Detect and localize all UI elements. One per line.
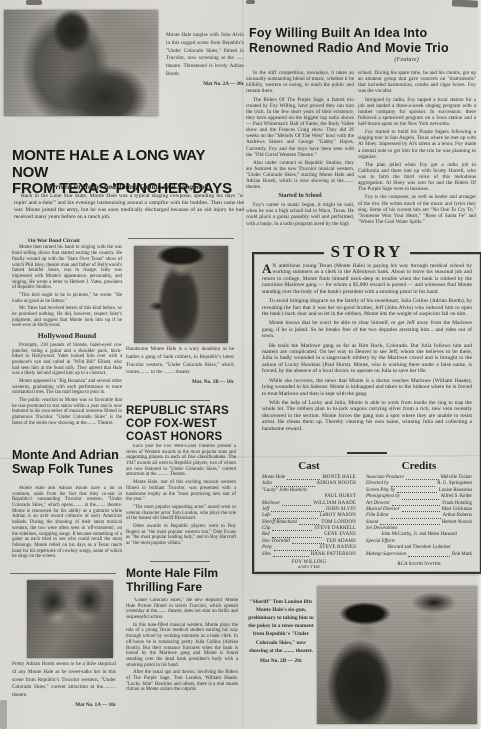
paragraph: Also under contract to Republic Studios,… bbox=[246, 160, 354, 191]
paragraph: Monte appeared in "Big Bonanza" and seve… bbox=[12, 379, 122, 396]
divider-rule bbox=[150, 400, 210, 401]
paragraph: The plan jelled when Foy got a radio job… bbox=[358, 162, 476, 193]
sound-system: RCA Sound System bbox=[366, 561, 472, 568]
story-divider bbox=[347, 452, 387, 454]
photo-sheriff-scene bbox=[317, 586, 477, 724]
paragraph: school. During his spare time, he and hi… bbox=[358, 70, 476, 95]
republic-title-line1: REPUBLIC STARS bbox=[126, 405, 240, 418]
thrilling-title-line2: Thrilling Fare bbox=[126, 581, 240, 595]
mat-number: Mat. No. 1B — 10c bbox=[126, 379, 234, 387]
republic-title-line3: COAST HONORS bbox=[126, 431, 240, 444]
swap-title-line1: Monte And Adrian bbox=[12, 448, 128, 462]
cast-footer: FOY WILLING AND THE RIDERS OF THE PURPLE… bbox=[262, 560, 356, 568]
scan-smudge bbox=[452, 0, 478, 8]
paragraph: "The most popular supporting actor" awar… bbox=[126, 505, 236, 522]
scan-smudge bbox=[26, 0, 42, 5]
paragraph: Foy is the composer, as well as leader a… bbox=[358, 194, 476, 225]
scan-smudge bbox=[0, 700, 7, 729]
photo-sheriff-caption: "Sheriff" Tom London lifts Monte Hale's … bbox=[246, 598, 316, 720]
paragraph: N ambitious young Texan (Monte Hale) is … bbox=[262, 263, 472, 295]
paragraph: The Riders Of The Purple Sage, a famed t… bbox=[246, 97, 354, 158]
paragraph: After the usual ups and downs, involving… bbox=[126, 670, 238, 693]
mat-number: Mat No. 2A — 30c bbox=[166, 81, 244, 89]
credits-footer: RCA Sound System A REPUBLIC PRODUCTION R… bbox=[366, 561, 472, 568]
thrilling-fare-headline: Monte Hale Film Thrilling Fare bbox=[126, 567, 240, 595]
swap-title-line2: Swap Folk Tunes bbox=[12, 462, 128, 476]
paragraph: "Under Colorado Skies," the new Republic… bbox=[126, 598, 238, 621]
subhead-hollywood-bound: Hollywood Bound bbox=[12, 332, 122, 341]
foy-article-column-2: school. During his spare time, he and hi… bbox=[358, 70, 476, 246]
photo-gun-caption: Handsome Monte Hale is a wary deadshot a… bbox=[126, 346, 234, 398]
paragraph: Foy started to build his Purple Sagers f… bbox=[358, 129, 476, 160]
photo-monte-hale-gun bbox=[134, 246, 228, 343]
thrilling-title-line1: Monte Hale Film bbox=[126, 567, 240, 581]
paragraph: In the stiff competition, nowadays, it t… bbox=[246, 70, 354, 95]
paragraph: Mr. Yates had received letters of this k… bbox=[12, 306, 122, 329]
swap-folk-tunes-headline: Monte And Adrian Swap Folk Tunes bbox=[12, 448, 128, 477]
foy-title-line2: Renowned Radio And Movie Trio bbox=[249, 41, 477, 56]
paragraph: Monte knows that he won't be able to cle… bbox=[262, 320, 472, 339]
main-subtitle: Arrived In Hollywood Toting Guitar And S… bbox=[12, 182, 244, 191]
paragraph: Monte then turned his hand to singing wi… bbox=[12, 245, 122, 291]
foy-title-line1: Foy Willing Built An Idea Into bbox=[249, 26, 477, 41]
main-headline-line1: MONTE HALE A LONG WAY NOW bbox=[12, 148, 244, 181]
paragraph: Promptly, 210 pounds of blonde, hazel-ey… bbox=[12, 343, 122, 377]
swap-article-body: Monte Hale and Adrian Booth have a lot i… bbox=[12, 486, 122, 568]
credit-row: Special Effects Howard and Theodore Lyde… bbox=[366, 539, 472, 552]
foy-article-title: Foy Willing Built An Idea Into Renowned … bbox=[249, 26, 477, 64]
pressbook-page: Monte Hale tangles with John Alvin in th… bbox=[0, 0, 481, 729]
story-title: STORY bbox=[254, 242, 480, 262]
credit-row: Set Decorations John McCarthy, Jr. and H… bbox=[366, 526, 472, 539]
drop-cap: A bbox=[262, 264, 271, 274]
paragraph: Each year the Fox West-Coast Theatres pr… bbox=[126, 444, 236, 478]
credit-row: Makeup SupervisionBob Mark bbox=[366, 552, 472, 558]
scan-smudge bbox=[246, 0, 255, 4]
paragraph: To avoid bringing disgrace on the family… bbox=[262, 298, 472, 317]
divider-rule bbox=[10, 573, 116, 574]
republic-title-line2: COP FOX-WEST bbox=[126, 418, 240, 431]
foy-article-column-1: In the stiff competition, nowadays, it t… bbox=[246, 70, 354, 246]
photo-fight-caption: Monte Hale tangles with John Alvin in th… bbox=[166, 32, 244, 124]
paragraph: In this tune-filled musical western, Mon… bbox=[126, 623, 238, 669]
paragraph: Monte Hale, star of this exciting musica… bbox=[126, 480, 236, 503]
photo-adrian-booth bbox=[27, 580, 113, 658]
cast-row: "Lucky" John Hawkins PAUL HURST bbox=[262, 488, 356, 501]
paragraph: While she recovers, the news that Monte … bbox=[262, 378, 472, 397]
thrilling-article-body: "Under Colorado Skies," the new Republic… bbox=[126, 598, 238, 724]
paragraph: "This bird ought to be in pictures," he … bbox=[12, 293, 122, 304]
main-article-column: On War Bond Circuit Monte then turned hi… bbox=[12, 236, 122, 446]
main-intro: Back in the Lone Star State, Monte Hale … bbox=[14, 193, 244, 235]
story-text: AN ambitious young Texan (Monte Hale) is… bbox=[262, 263, 472, 445]
paragraph: Intrigued by radio, Foy tapped a local s… bbox=[358, 97, 476, 128]
paragraph: He trails the Marlowe gang as far as Rim… bbox=[262, 343, 472, 375]
paragraph: With the help of Lucky and Julia, Monte … bbox=[262, 400, 472, 432]
credits-column: Credits Associate ProducerMelville Tucke… bbox=[361, 460, 472, 568]
feature-tag: (Feature) bbox=[249, 57, 477, 64]
paragraph: Other awards to Republic players went to… bbox=[126, 524, 236, 547]
paragraph: The public reaction to Monte was so favo… bbox=[12, 398, 122, 426]
divider-rule bbox=[150, 561, 210, 562]
credits-heading: Credits bbox=[366, 460, 472, 472]
cast-credits-section: Cast Monte HaleMONTE HALE JuliaADRIAN BO… bbox=[262, 460, 472, 568]
cast-column: Cast Monte HaleMONTE HALE JuliaADRIAN BO… bbox=[262, 460, 361, 568]
divider-rule bbox=[128, 238, 234, 239]
photo-adrian-caption: Pretty Adrian Booth seems to be a little… bbox=[12, 661, 116, 719]
paragraph: Foy's career in music began, it might be… bbox=[246, 202, 354, 227]
cast-row: SlimHANK PATTERSON bbox=[262, 552, 356, 558]
cast-heading: Cast bbox=[262, 460, 356, 472]
subhead-started-in-school: Started In School bbox=[246, 193, 354, 200]
mat-number: Mat No. 2B — 20c bbox=[246, 657, 316, 665]
subhead-war-bond-circuit: On War Bond Circuit bbox=[28, 238, 122, 244]
photo-fight-scene bbox=[4, 10, 158, 116]
story-box: STORY AN ambitious young Texan (Monte Ha… bbox=[252, 252, 481, 574]
republic-article-body: Each year the Fox West-Coast Theatres pr… bbox=[126, 444, 236, 558]
mat-number: Mat No. 1A — 10c bbox=[12, 702, 116, 710]
republic-stars-headline: REPUBLIC STARS COP FOX-WEST COAST HONORS bbox=[126, 405, 240, 444]
